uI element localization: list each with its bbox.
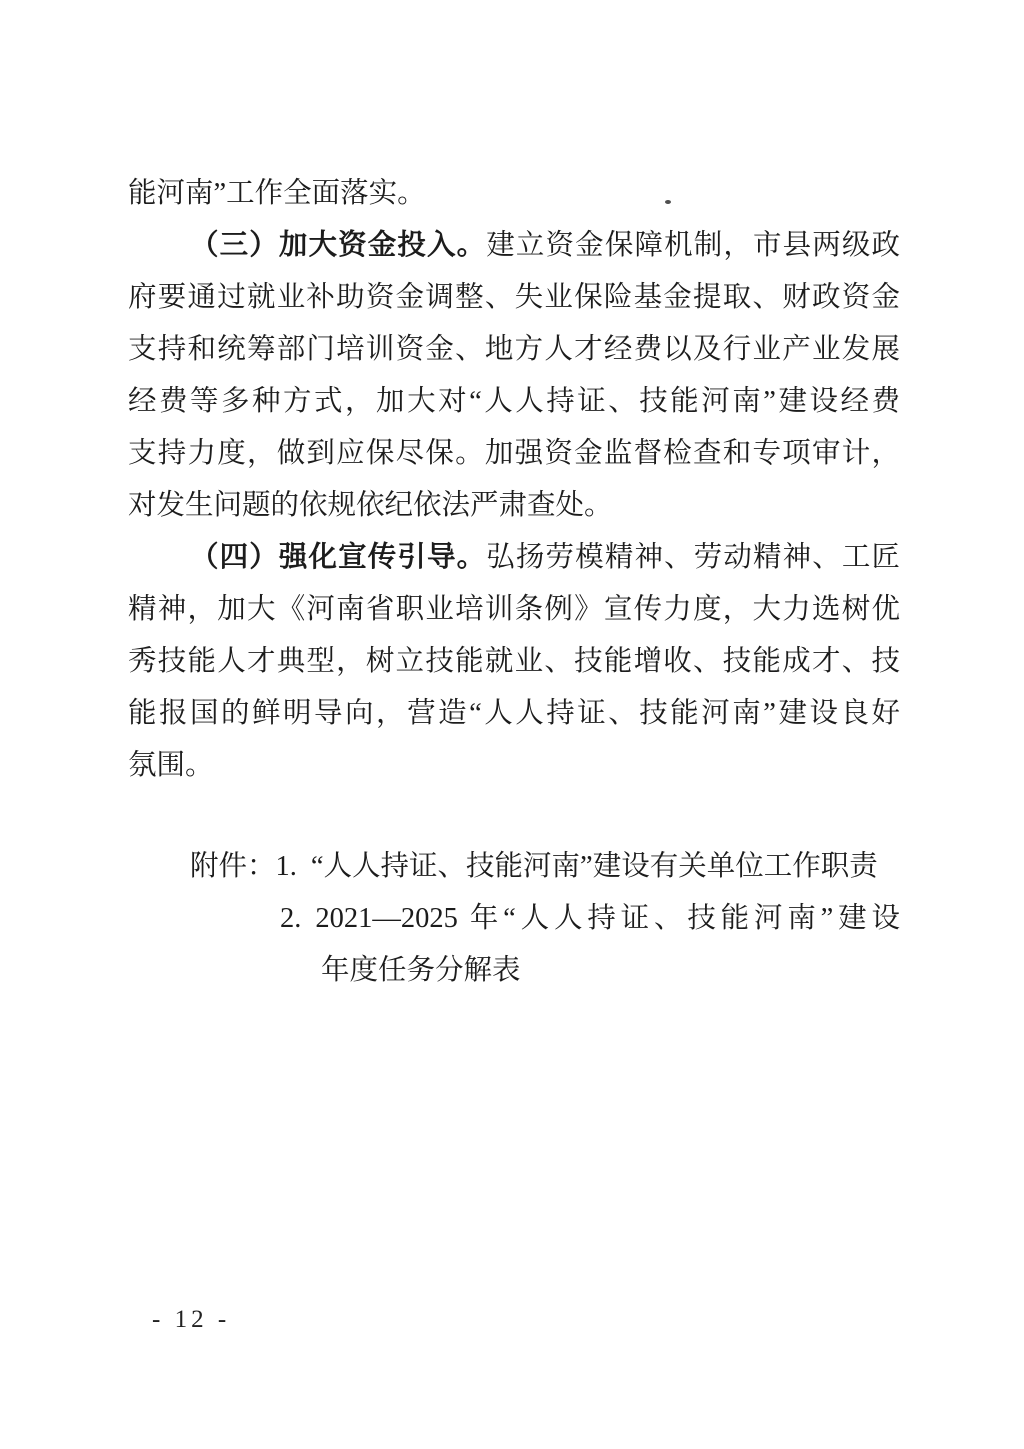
body-line: 经费等多种方式，加大对“人人持证、技能河南”建设经费 bbox=[128, 376, 900, 428]
body-line: 能河南”工作全面落实。 bbox=[128, 168, 900, 220]
attachments-block: 附件：1.“人人持证、技能河南”建设有关单位工作职责 2.2021—2025 年… bbox=[128, 841, 900, 997]
section-heading-4: （四）强化宣传引导。 bbox=[190, 542, 486, 573]
body-line: （四）强化宣传引导。弘扬劳模精神、劳动精神、工匠 bbox=[128, 532, 900, 584]
attachments-label: 附件： bbox=[190, 851, 276, 882]
attachment-line-2: 2.2021—2025 年“人人持证、技能河南”建设 bbox=[128, 893, 900, 945]
page-number: - 12 - bbox=[152, 1300, 230, 1340]
body-line: 秀技能人才典型，树立技能就业、技能增收、技能成才、技 bbox=[128, 636, 900, 688]
body-line: 对发生问题的依规依纪依法严肃查处。 bbox=[128, 480, 900, 532]
attachment-line-1: 附件：1.“人人持证、技能河南”建设有关单位工作职责 bbox=[128, 841, 900, 893]
body-line: 能报国的鲜明导向，营造“人人持证、技能河南”建设良好 bbox=[128, 688, 900, 740]
body-line: 支持力度，做到应保尽保。加强资金监督检查和专项审计， bbox=[128, 428, 900, 480]
body-line: 精神，加大《河南省职业培训条例》宣传力度，大力选树优 bbox=[128, 584, 900, 636]
body-line: 支持和统筹部门培训资金、地方人才经费以及行业产业发展 bbox=[128, 324, 900, 376]
body-line: 府要通过就业补助资金调整、失业保险基金提取、财政资金 bbox=[128, 272, 900, 324]
attachment-item-number: 2. bbox=[280, 903, 301, 934]
document-page: 能河南”工作全面落实。 （三）加大资金投入。建立资金保障机制，市县两级政 府要通… bbox=[0, 0, 1024, 1449]
body-line: （三）加大资金投入。建立资金保障机制，市县两级政 bbox=[128, 220, 900, 272]
body-line: 氛围。 bbox=[128, 740, 900, 792]
body-line-text: 建立资金保障机制，市县两级政 bbox=[486, 230, 900, 261]
attachment-line-3: 年度任务分解表 bbox=[128, 945, 900, 997]
document-body: 能河南”工作全面落实。 （三）加大资金投入。建立资金保障机制，市县两级政 府要通… bbox=[128, 168, 900, 997]
attachment-item-text: “人人持证、技能河南”建设有关单位工作职责 bbox=[311, 851, 878, 882]
body-line-text: 弘扬劳模精神、劳动精神、工匠 bbox=[486, 542, 900, 573]
section-heading-3: （三）加大资金投入。 bbox=[190, 230, 486, 261]
attachment-item-number: 1. bbox=[276, 851, 297, 882]
attachment-item-text: 2021—2025 年“人人持证、技能河南”建设 bbox=[315, 903, 900, 934]
attachment-item-text: 年度任务分解表 bbox=[321, 955, 521, 986]
